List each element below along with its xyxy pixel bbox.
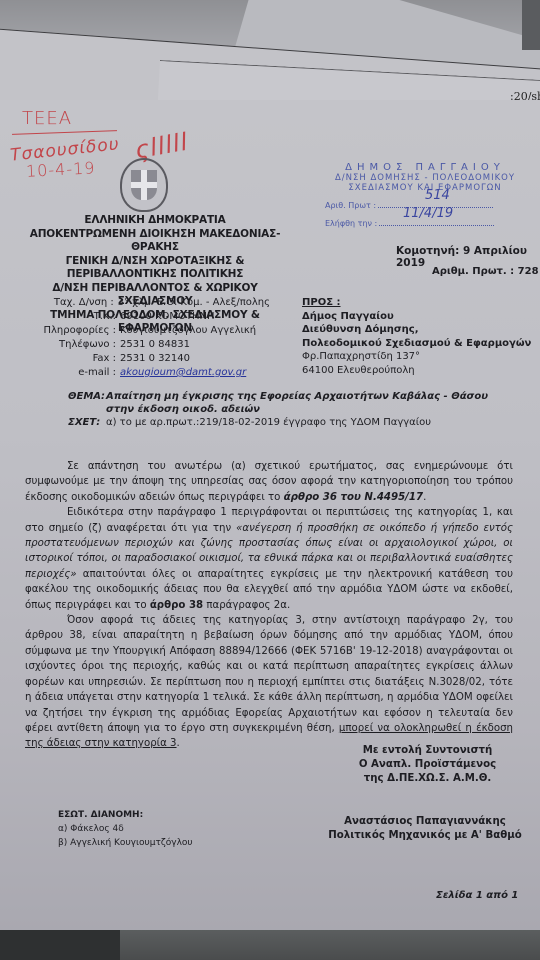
background-shadow: [522, 0, 540, 50]
body-paragraph: Ειδικότερα στην παράγραφο 1 περιγράφοντα…: [25, 505, 513, 613]
contact-info: Ταχ. Δ/νση :3° χλμ. Ε.Ο. Κομ. - Αλεξ/πολ…: [20, 296, 270, 380]
contact-row: e-mail :akougioum@damt.gov.gr: [20, 366, 270, 380]
signoff-line: της Δ.ΠΕ.ΧΩ.Σ. Α.Μ.Θ.: [330, 772, 525, 786]
signer-block: Αναστάσιος Παπαγιαννάκης Πολιτικός Μηχαν…: [320, 815, 530, 843]
stamp-line: Δ/ΝΣΗ ΔΟΜΗΣΗΣ - ΠΟΛΕΟΔΟΜΙΚΟΥ: [325, 173, 525, 183]
distribution-item: β) Αγγελική Κουγιουμτζόγλου: [58, 836, 193, 850]
signoff-line: Με εντολή Συντονιστή: [330, 744, 525, 758]
body-text: παράγραφος 2α.: [203, 600, 290, 611]
recipient-line: Δήμος Παγγαίου: [302, 310, 531, 324]
contact-label: Ταχ. Δ/νση :: [20, 296, 118, 310]
body-paragraph: Όσον αφορά τις άδειες της κατηγορίας 3, …: [25, 613, 513, 752]
header-line: ΠΕΡΙΒΑΛΛΟΝΤΙΚΗΣ ΠΟΛΙΤΙΚΗΣ: [20, 268, 290, 282]
header-line: ΕΛΛΗΝΙΚΗ ΔΗΜΟΚΡΑΤΙΑ: [20, 214, 290, 228]
stamp-protocol-value: 514: [425, 191, 450, 201]
body-text: .: [423, 492, 426, 503]
recipient-heading: ΠΡΟΣ :: [302, 296, 531, 310]
email-link[interactable]: akougioum@damt.gov.gr: [120, 366, 246, 380]
distribution-heading: ΕΣΩΤ. ΔΙΑΝΟΜΗ:: [58, 808, 193, 822]
header-line: ΑΠΟΚΕΝΤΡΩΜΕΝΗ ΔΙΟΙΚΗΣΗ ΜΑΚΕΔΟΝΙΑΣ-ΘΡΑΚΗΣ: [20, 228, 290, 255]
subject-text: στην έκδοση οικοδ. αδειών: [68, 403, 488, 416]
subject-text: Απαίτηση μη έγκρισης της Εφορείας Αρχαιο…: [106, 391, 488, 402]
contact-row: Τ.Κ.:69100 ΚΟΜΟΤΗΝΗ: [20, 310, 270, 324]
cross-shield-icon: [131, 170, 157, 200]
contact-value: Κουγιουμτζόγλου Αγγελική: [120, 324, 256, 338]
letter-body: Σε απάντηση του ανωτέρω (α) σχετικού ερω…: [25, 459, 513, 752]
recipient-line: Φρ.Παπαχρηστίδη 137°: [302, 350, 531, 364]
internal-distribution: ΕΣΩΤ. ΔΙΑΝΟΜΗ: α) Φάκελος 4δ β) Αγγελική…: [58, 808, 193, 850]
contact-row: Τηλέφωνο :2531 0 84831: [20, 338, 270, 352]
contact-label: Fax :: [20, 352, 120, 366]
contact-label: Τηλέφωνο :: [20, 338, 120, 352]
subject-block: ΘΕΜΑ:Απαίτηση μη έγκρισης της Εφορείας Α…: [68, 390, 488, 429]
received-stamp: ΔΗΜΟΣ ΠΑΓΓΑΙΟΥ Δ/ΝΣΗ ΔΟΜΗΣΗΣ - ΠΟΛΕΟΔΟΜΙ…: [325, 163, 525, 229]
subject-label: ΘΕΜΑ:: [68, 390, 106, 403]
contact-row: Πληροφορίες :Κουγιουμτζόγλου Αγγελική: [20, 324, 270, 338]
contact-label: Τ.Κ.:: [20, 310, 120, 324]
contact-row: Fax :2531 0 32140: [20, 352, 270, 366]
body-text: Όσον αφορά τις άδειες της κατηγορίας 3, …: [25, 615, 513, 734]
stamp-received-value: 11/4/19: [403, 209, 453, 219]
body-paragraph: Σε απάντηση του ανωτέρω (α) σχετικού ερω…: [25, 459, 513, 505]
signoff-block: Με εντολή Συντονιστή Ο Αναπλ. Προϊστάμεν…: [330, 744, 525, 786]
contact-value: 2531 0 84831: [120, 338, 190, 352]
recipient-line: Διεύθυνση Δόμησης,: [302, 323, 531, 337]
signer-title: Πολιτικός Μηχανικός με Α' Βαθμό: [320, 829, 530, 843]
contact-value: 3° χλμ. Ε.Ο. Κομ. - Αλεξ/πολης: [118, 296, 270, 310]
contact-label: e-mail :: [20, 366, 120, 380]
article-reference: άρθρο 38: [150, 600, 203, 611]
body-text: Σε απάντηση του ανωτέρω (α) σχετικού ερω…: [25, 461, 513, 503]
distribution-item: α) Φάκελος 4δ: [58, 822, 193, 836]
stamp-line: ΔΗΜΟΣ ΠΑΓΓΑΙΟΥ: [325, 163, 525, 173]
related-text: α) το με αρ.πρωτ.:219/18-02-2019 έγγραφο…: [106, 417, 431, 428]
desk-shadow: [0, 930, 120, 960]
related-label: ΣΧΕΤ:: [68, 416, 106, 429]
contact-label: Πληροφορίες :: [20, 324, 120, 338]
body-text: .: [177, 738, 180, 749]
header-line: ΓΕΝΙΚΗ Δ/ΝΣΗ ΧΩΡΟΤΑΞΙΚΗΣ &: [20, 255, 290, 269]
signer-name: Αναστάσιος Παπαγιαννάκης: [320, 815, 530, 829]
handwritten-recipient-note: ΤΕΕΑ: [22, 108, 72, 129]
contact-value: 2531 0 32140: [120, 352, 190, 366]
stamp-received-label: Ελήφθη την :: [325, 219, 377, 228]
contact-value: 69100 ΚΟΜΟΤΗΝΗ: [120, 310, 215, 324]
protocol-number: Αριθμ. Πρωτ. : 728: [432, 266, 539, 277]
stamp-protocol-label: Αριθ. Πρωτ :: [325, 201, 376, 210]
page-number: Σελίδα 1 από 1: [436, 890, 518, 901]
recipient-block: ΠΡΟΣ : Δήμος Παγγαίου Διεύθυνση Δόμησης,…: [302, 296, 531, 377]
recipient-line: 64100 Ελευθερούπολη: [302, 364, 531, 378]
handwritten-date-note: 10-4-19: [26, 158, 96, 181]
stamp-received-row: Ελήφθη την : 11/4/19: [325, 219, 525, 229]
signoff-line: Ο Αναπλ. Προϊστάμενος: [330, 758, 525, 772]
law-reference: άρθρο 36 του Ν.4495/17: [284, 492, 423, 503]
recipient-line: Πολεοδομικού Σχεδιασμού & Εφαρμογών: [302, 337, 531, 351]
greek-coat-of-arms-icon: [120, 158, 168, 212]
contact-row: Ταχ. Δ/νση :3° χλμ. Ε.Ο. Κομ. - Αλεξ/πολ…: [20, 296, 270, 310]
